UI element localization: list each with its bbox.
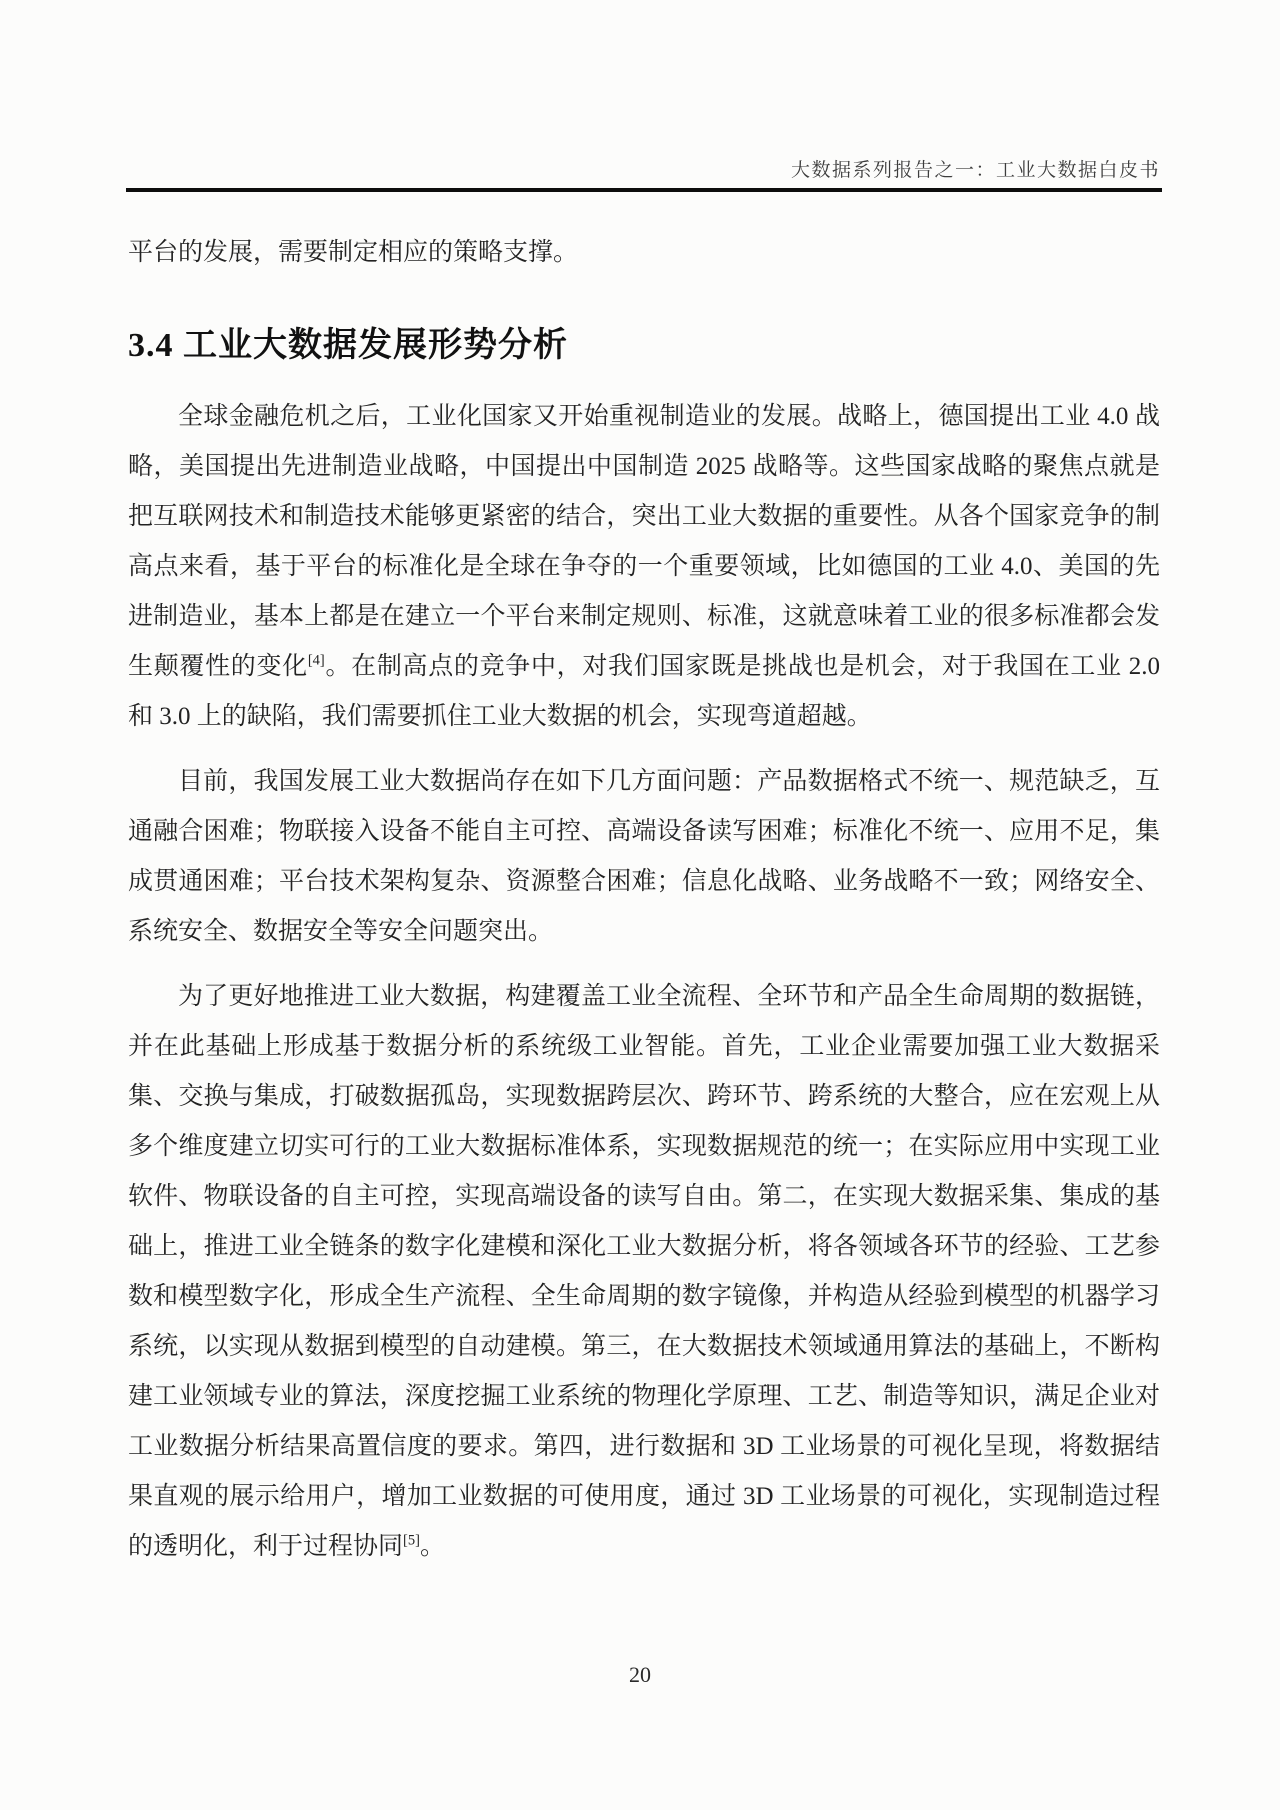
paragraph-1-text-pre: 全球金融危机之后，工业化国家又开始重视制造业的发展。战略上，德国提出工业 4.0… [128,403,1160,680]
paragraph-1: 全球金融危机之后，工业化国家又开始重视制造业的发展。战略上，德国提出工业 4.0… [128,392,1160,742]
header-rule [126,188,1162,192]
paragraph-3-text-pre: 为了更好地推进工业大数据，构建覆盖工业全流程、全环节和产品全生命周期的数据链，并… [128,983,1160,1560]
paragraph-3: 为了更好地推进工业大数据，构建覆盖工业全流程、全环节和产品全生命周期的数据链，并… [128,972,1160,1572]
header-title: 大数据系列报告之一：工业大数据白皮书 [791,160,1160,181]
page-number: 20 [629,1662,651,1687]
paragraph-3-text-post: 。 [420,1533,445,1560]
page-header: 大数据系列报告之一：工业大数据白皮书 [791,155,1160,182]
document-page: 大数据系列报告之一：工业大数据白皮书 平台的发展，需要制定相应的策略支撑。 3.… [0,0,1280,1810]
citation-ref-5: [5] [403,1533,420,1549]
citation-ref-4: [4] [308,653,325,669]
document-body: 平台的发展，需要制定相应的策略支撑。 3.4 工业大数据发展形势分析 全球金融危… [128,228,1160,1587]
page-footer: 20 [0,1662,1280,1688]
paragraph-2: 目前，我国发展工业大数据尚存在如下几方面问题：产品数据格式不统一、规范缺乏，互通… [128,757,1160,957]
section-heading: 3.4 工业大数据发展形势分析 [128,324,1160,368]
intro-paragraph: 平台的发展，需要制定相应的策略支撑。 [128,228,1160,278]
